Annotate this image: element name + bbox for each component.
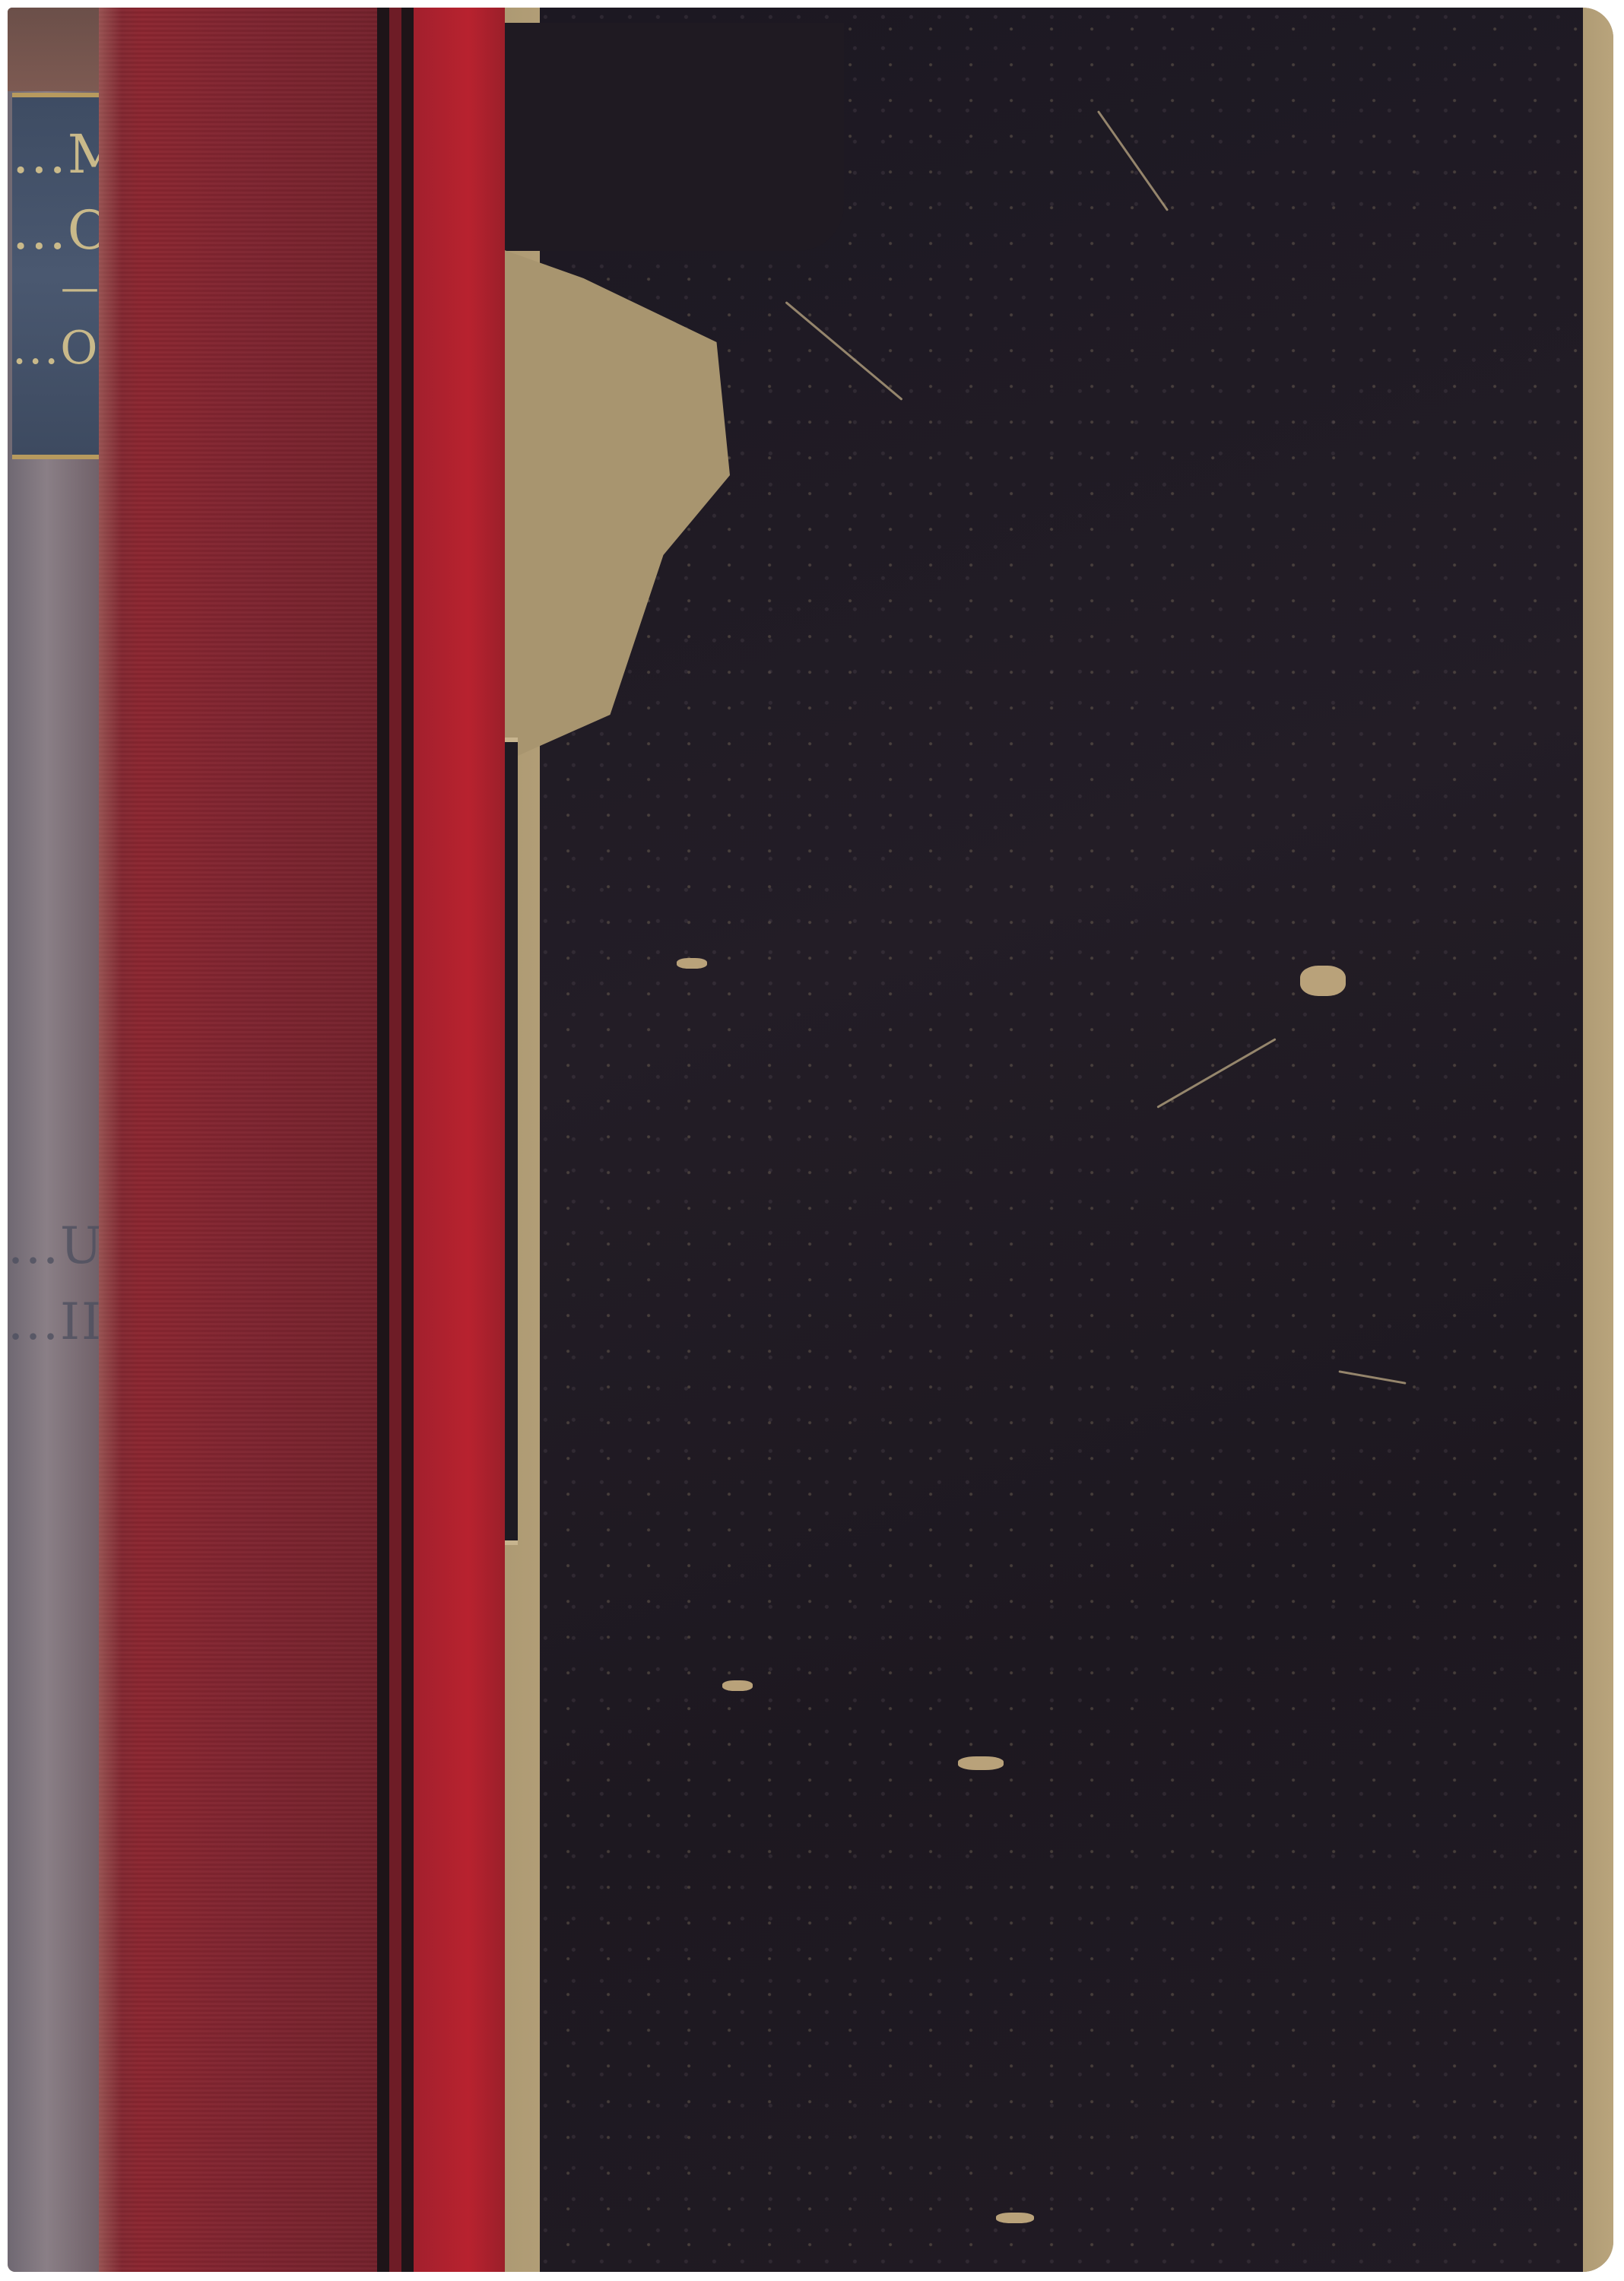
spine-title-label: ...MAS ...OKS — ...ORAY <box>12 93 100 459</box>
wear-fleck <box>722 1680 753 1691</box>
spine-volume-label: ...UME <box>8 1217 97 1275</box>
spine-headcap <box>8 8 105 91</box>
spine-cloth <box>99 8 388 2272</box>
cloth-wear <box>99 8 122 2272</box>
wear-fleck <box>677 958 707 969</box>
red-cloth-strip <box>414 8 505 2272</box>
spine-author: ...ORAY <box>12 325 100 371</box>
wear-fleck <box>996 2213 1034 2223</box>
spine-title-rule: — <box>12 268 100 306</box>
blind-rule-2 <box>401 8 414 2272</box>
blind-rule-1 <box>377 8 389 2272</box>
wear-fleck <box>958 1756 1004 1770</box>
spine-title-line-2: ...OKS <box>12 204 100 257</box>
spine-volume-number: ...II. <box>8 1293 97 1351</box>
marbled-paper-upper <box>464 23 844 251</box>
wear-fleck <box>1300 966 1346 996</box>
rule-gap <box>389 8 401 2272</box>
book: ...MAS ...OKS — ...ORAY ...UME ...II. <box>8 8 1613 2272</box>
spine-title-line-1: ...MAS <box>12 128 100 181</box>
